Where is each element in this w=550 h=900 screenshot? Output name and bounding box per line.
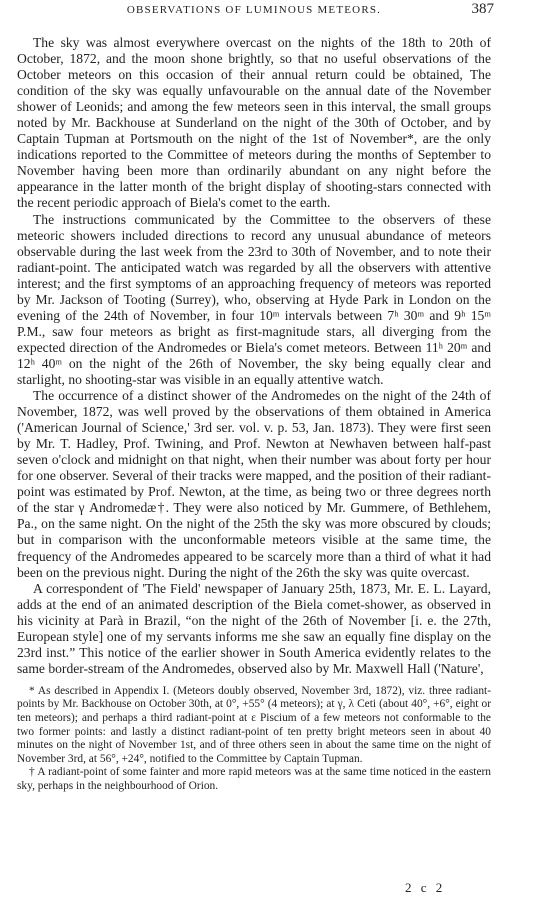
page: Observations of Luminous Meteors. 387 Th…	[17, 0, 491, 794]
footnote: † A radiant-point of some fainter and mo…	[17, 766, 491, 793]
running-title: Observations of Luminous Meteors.	[17, 4, 491, 16]
page-number: 387	[472, 1, 495, 18]
paragraph: The sky was almost everywhere overcast o…	[17, 35, 491, 212]
page-header: Observations of Luminous Meteors. 387	[17, 0, 491, 30]
paragraph: A correspondent of 'The Field' newspaper…	[17, 581, 491, 677]
body-text: The sky was almost everywhere overcast o…	[17, 35, 491, 677]
footnote: * As described in Appendix I. (Meteors d…	[17, 685, 491, 767]
footnotes: * As described in Appendix I. (Meteors d…	[17, 685, 491, 794]
footnote-separator	[17, 677, 491, 685]
signature-mark: 2 c 2	[405, 880, 445, 896]
paragraph: The occurrence of a distinct shower of t…	[17, 388, 491, 581]
paragraph: The instructions communicated by the Com…	[17, 212, 491, 389]
